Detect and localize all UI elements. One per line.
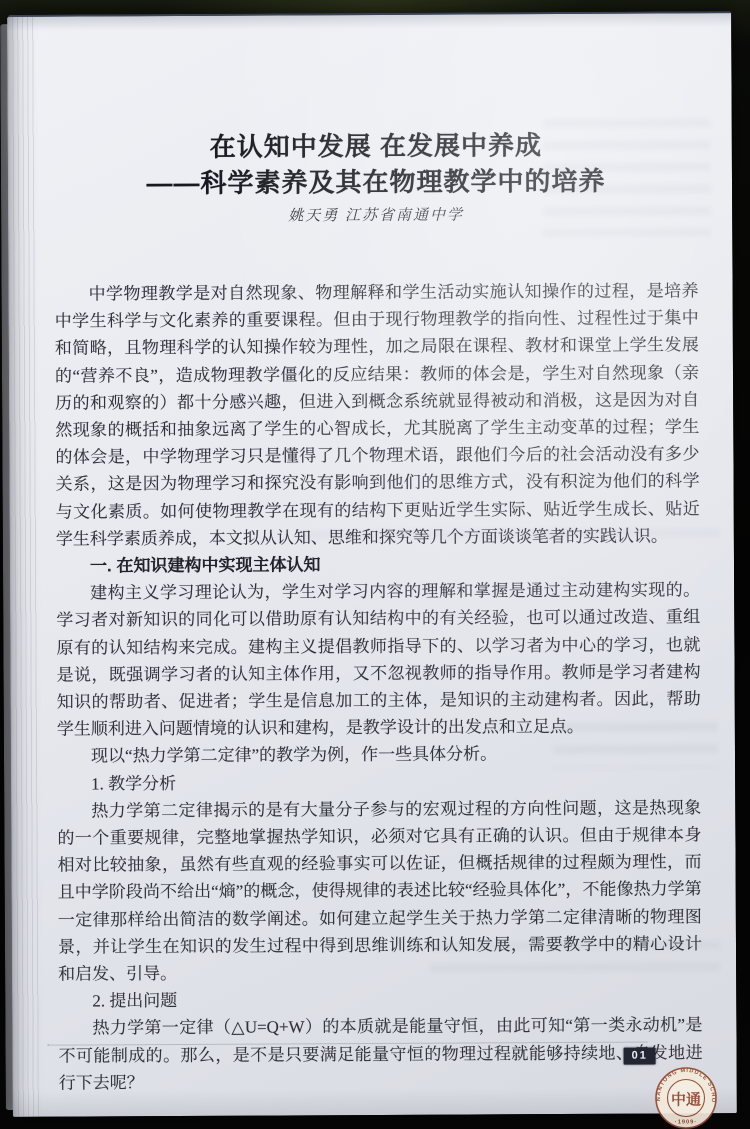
school-seal-watermark: NANTONG MIDDLE SCHOOL 中通 ·1909· [653,1065,719,1129]
article-byline: 姚天勇 江苏省南通中学 [54,204,698,227]
paper-page: 在认知中发展 在发展中养成 ——科学素养及其在物理教学中的培养 姚天勇 江苏省南… [7,11,737,1117]
subsection1-paragraph: 热力学第二定律揭示的是有大量分子参与的宏观过程的方向性问题，这是热现象的一个重要… [57,794,702,988]
intro-paragraph: 中学物理教学是对自然现象、物理解释和学生活动实施认知操作的过程，是培养中学生科学… [55,277,700,552]
subsection1-heading: 1. 教学分析 [57,767,701,798]
photo-background: 在认知中发展 在发展中养成 ——科学素养及其在物理教学中的培养 姚天勇 江苏省南… [0,0,750,1129]
article-content: 在认知中发展 在发展中养成 ——科学素养及其在物理教学中的培养 姚天勇 江苏省南… [8,126,737,1097]
section1-heading: 一. 在知识建构中实现主体认知 [56,549,700,580]
page-number-badge: 01 [624,1048,656,1065]
article-body: 中学物理教学是对自然现象、物理解释和学生活动实施认知操作的过程，是培养中学生科学… [55,277,703,1096]
article-title-line2: ——科学素养及其在物理教学中的培养 [54,162,698,201]
seal-year-text: ·1909· [675,1120,697,1126]
seal-center-text: 中通 [671,1091,701,1109]
section1-paragraph-2: 现以“热力学第二定律”的教学为例，作一些具体分析。 [57,740,701,771]
article-title-line1: 在认知中发展 在发展中养成 [54,126,698,165]
section1-paragraph-1: 建构主义学习理论认为，学生对学习内容的理解和掌握是通过主动建构实现的。学习者对新… [56,577,701,744]
subsection2-heading: 2. 提出问题 [58,985,702,1016]
subsection2-paragraph: 热力学第一定律（△U=Q+W）的本质就是能量守恒，由此可知“第一类永动机”是不可… [58,1012,702,1097]
